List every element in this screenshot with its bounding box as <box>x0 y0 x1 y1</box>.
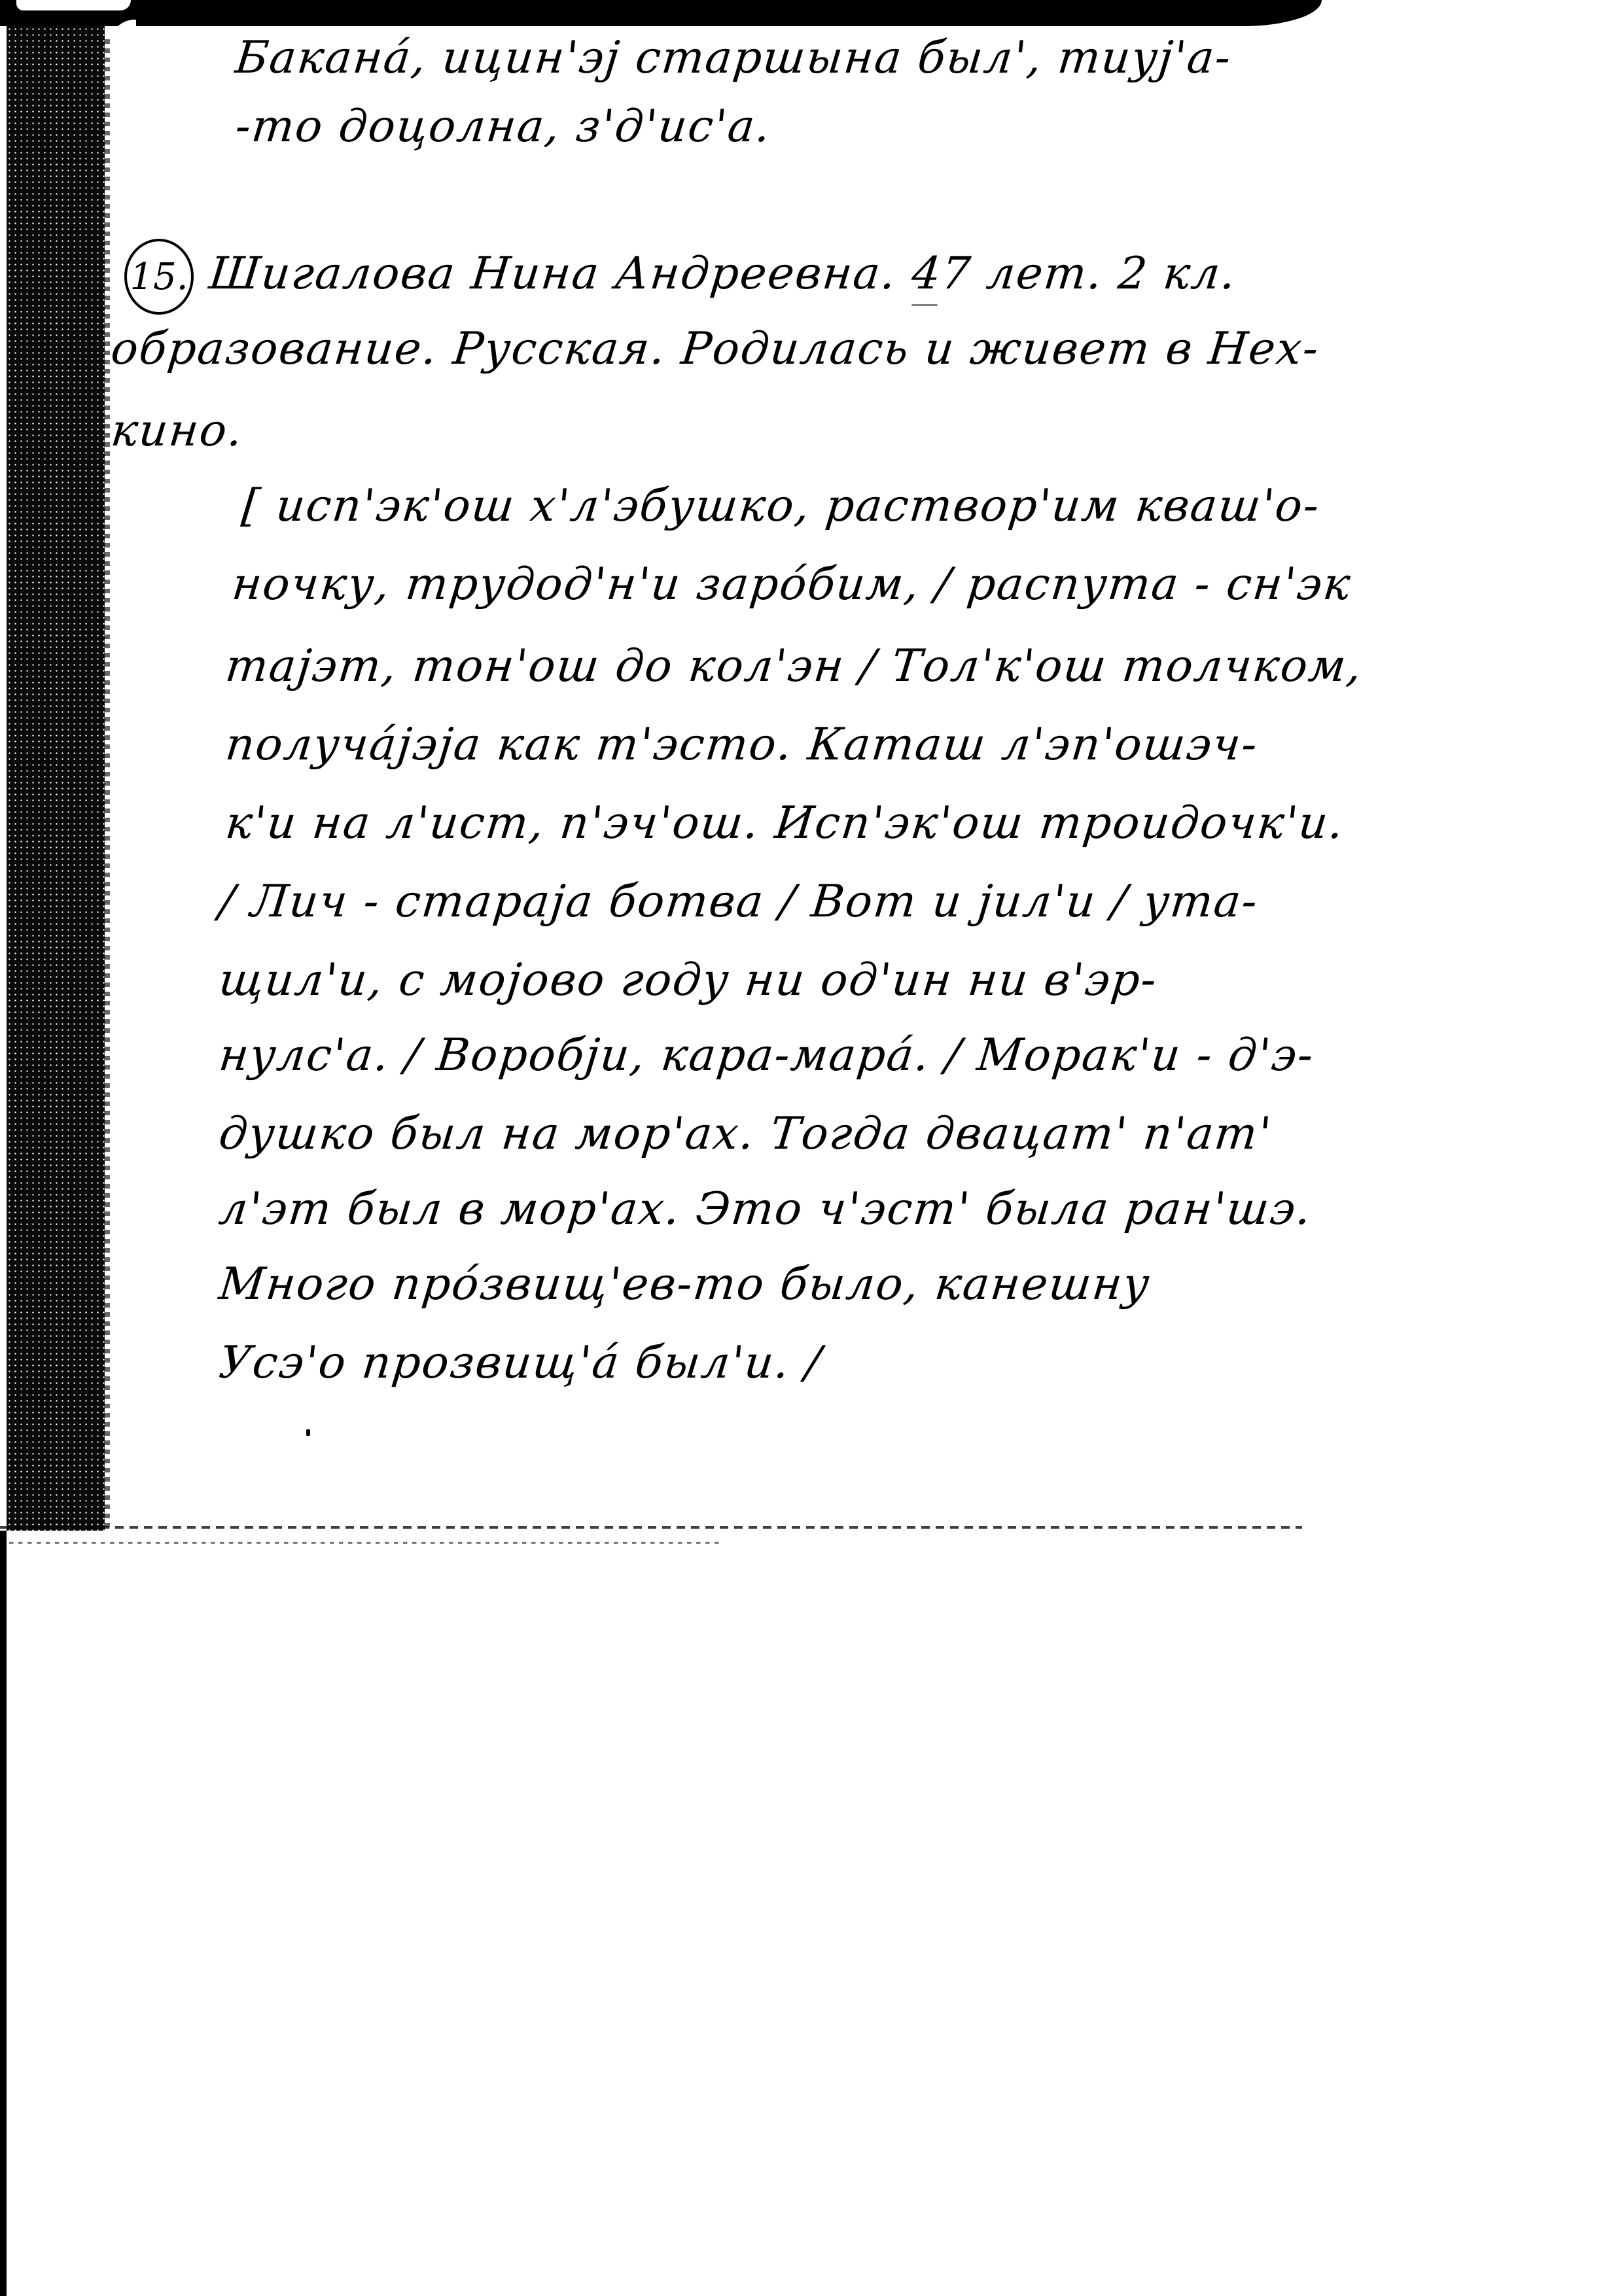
stray-ink-mark <box>306 1429 310 1436</box>
transcription-line: [ исп'эк'ош х'л'эбушко, раствор'им кваш'… <box>239 484 1322 529</box>
transcription-line: Усэ'о прозвищ'а́ был'и. / <box>217 1341 824 1385</box>
entry-number-circle: 15. <box>124 239 194 315</box>
left-edge-shadow <box>0 1531 7 2296</box>
entry-header-line: кино. <box>109 409 245 453</box>
transcription-line: щил'и, с моjово году ни од'ин ни в'эр- <box>217 958 1159 1003</box>
transcription-line: / Лич - стараjа ботва / Вот и jил'и / ут… <box>217 880 1260 924</box>
transcription-line: таjэт, тон'ош до кол'эн / Тол'к'ош толчк… <box>223 644 1364 689</box>
transcription-line: Много про́звищ'ев-то было, канешну <box>217 1262 1152 1307</box>
bottom-edge-line-upper <box>0 1526 1302 1529</box>
entry-header-line: образование. Русская. Родилась и живет в… <box>109 327 1321 372</box>
bottom-edge-line-lower <box>0 1542 720 1544</box>
stray-ink-mark <box>911 304 938 306</box>
transcription-line: л'эт был в мор'ах. Это ч'эст' была ран'ш… <box>217 1187 1314 1232</box>
continuation-line: Бакана́, ицин'эј старшына был', тиуј'а- <box>233 36 1233 80</box>
page-bottom-edge <box>0 1521 1607 1550</box>
binding-edge-dots <box>105 39 110 1527</box>
top-scan-notch <box>16 0 131 10</box>
transcription-line: ночку, трудод'н'и заро́бим, / распута - … <box>230 563 1353 607</box>
notebook-binding-strip <box>7 26 105 1531</box>
continuation-line: -то доцолна, з'д'ис'а. <box>233 105 773 149</box>
top-scan-shadow <box>0 0 1322 26</box>
transcription-line: к'и на л'ист, п'эч'ош. Исп'эк'ош троидоч… <box>223 801 1347 846</box>
transcription-line: душко был на мор'ах. Тогда двацат' п'ат' <box>217 1112 1274 1157</box>
scanned-notebook-page: Бакана́, ицин'эј старшына был', тиуј'а- … <box>0 0 1607 2296</box>
transcription-line: получа́jэjа как т'эсто. Каташ л'эп'ошэч- <box>223 723 1260 767</box>
transcription-line: нулс'а. / Воробjи, кара-мара́. / Морак'и… <box>217 1034 1316 1078</box>
entry-number-label: 15. <box>130 256 188 298</box>
entry-header-line: Шигалова Нина Андреевна. 47 лет. 2 кл. <box>207 252 1239 296</box>
